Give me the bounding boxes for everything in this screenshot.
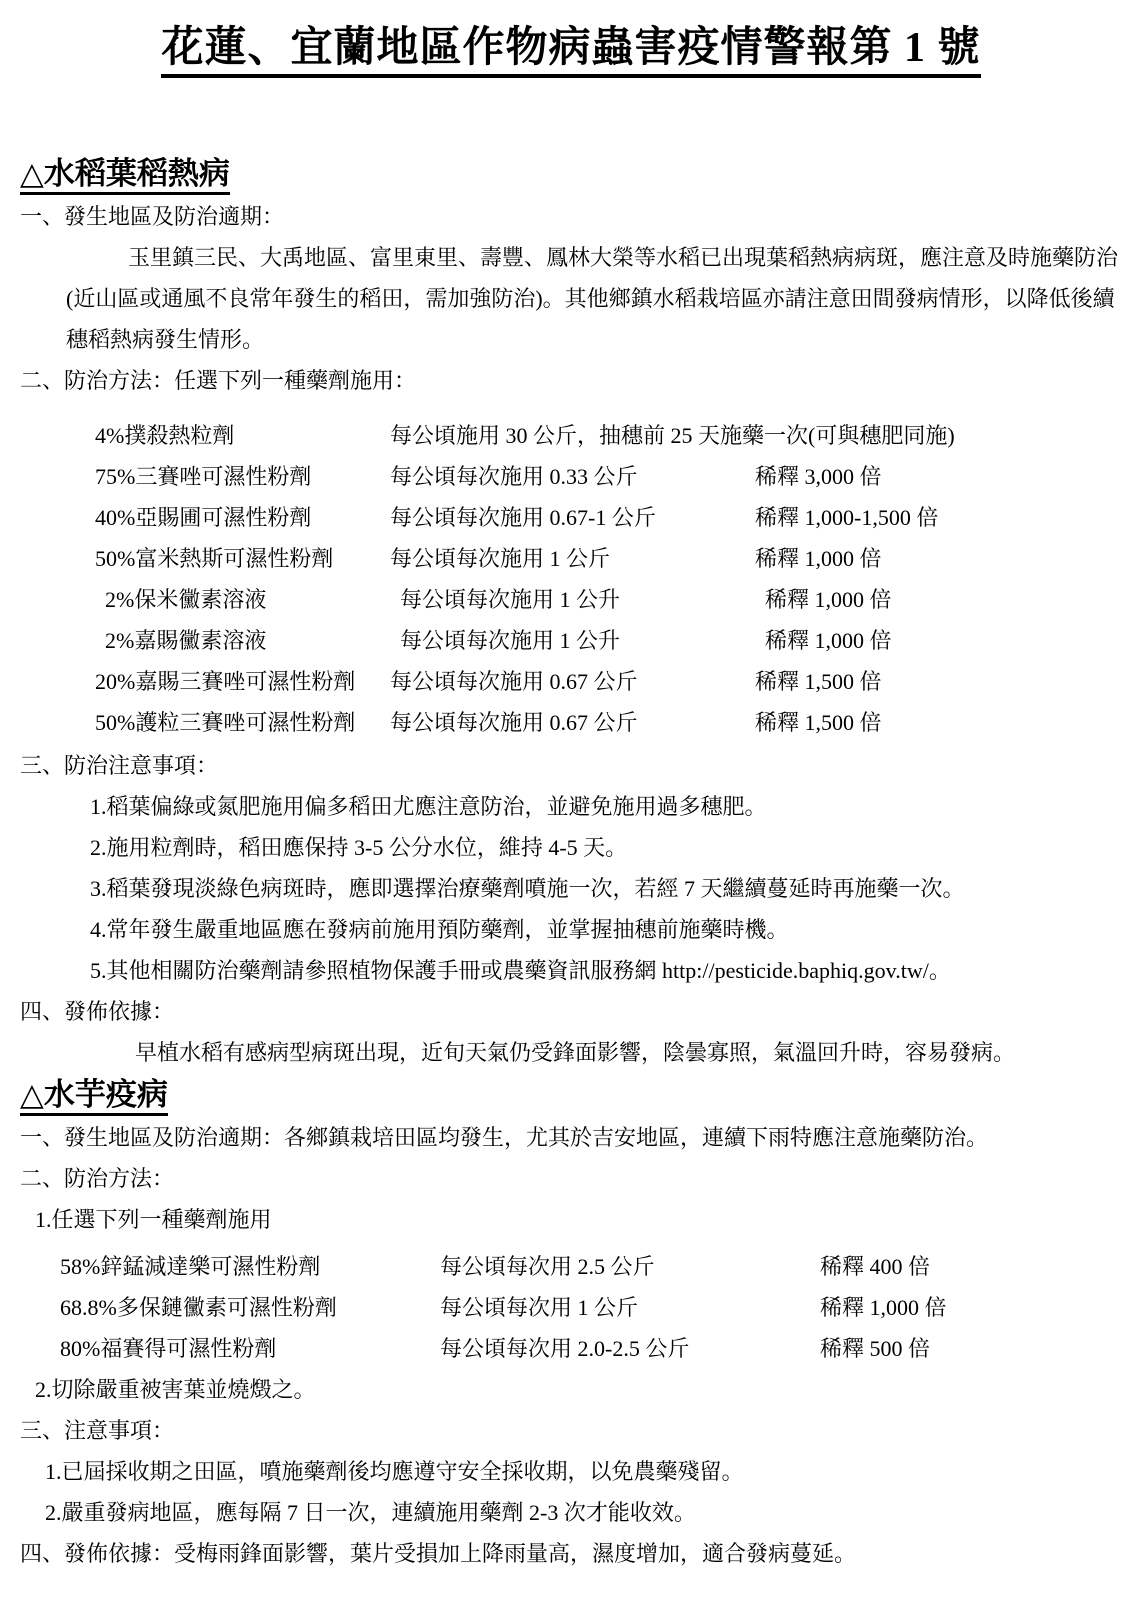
page-title: 花蓮、宜蘭地區作物病蟲害疫情警報第 1 號 [20, 16, 1122, 80]
pesticide-row: 50%富米熱斯可濕性粉劑 每公頃每次施用 1 公斤 稀釋 1,000 倍 [95, 538, 1122, 579]
pesticide-row: 40%亞賜圃可濕性粉劑 每公頃每次施用 0.67-1 公斤 稀釋 1,000-1… [95, 497, 1122, 538]
pesticide-row: 68.8%多保鏈黴素可濕性粉劑 每公頃每次用 1 公斤 稀釋 1,000 倍 [60, 1287, 1122, 1328]
s2-basis-line: 四、發佈依據：受梅雨鋒面影響，葉片受損加上降雨量高，濕度增加，適合發病蔓延。 [20, 1533, 1122, 1574]
s1-note-item: 3.稻葉發現淡綠色病斑時，應即選擇治療藥劑噴施一次，若經 7 天繼續蔓延時再施藥… [20, 868, 1122, 909]
s2-area-line: 一、發生地區及防治適期：各鄉鎮栽培田區均發生，尤其於吉安地區，連續下雨特應注意施… [20, 1117, 1122, 1158]
s1-note-item: 4.常年發生嚴重地區應在發病前施用預防藥劑，並掌握抽穗前施藥時機。 [20, 909, 1122, 950]
s1-pesticide-table: 4%撲殺熱粒劑 每公頃施用 30 公斤，抽穗前 25 天施藥一次(可與穗肥同施)… [20, 415, 1122, 743]
s2-method-step1: 1.任選下列一種藥劑施用 [20, 1199, 1122, 1240]
s2-note-item: 2.嚴重發病地區，應每隔 7 日一次，連續施用藥劑 2-3 次才能收效。 [20, 1492, 1122, 1533]
pesticide-dose: 每公頃每次施用 1 公升 [400, 579, 765, 620]
s2-notes-label: 三、注意事項： [20, 1410, 1122, 1451]
pesticide-dose: 每公頃每次施用 1 公斤 [390, 538, 755, 579]
pesticide-dilution: 稀釋 1,500 倍 [755, 661, 1122, 702]
s1-method-label: 二、防治方法：任選下列一種藥劑施用： [20, 360, 1122, 401]
pesticide-name: 40%亞賜圃可濕性粉劑 [95, 497, 390, 538]
pesticide-row: 75%三賽唑可濕性粉劑 每公頃每次施用 0.33 公斤 稀釋 3,000 倍 [95, 456, 1122, 497]
pesticide-dilution: 稀釋 3,000 倍 [755, 456, 1122, 497]
pesticide-name: 50%護粒三賽唑可濕性粉劑 [95, 702, 390, 743]
pesticide-name: 50%富米熱斯可濕性粉劑 [95, 538, 390, 579]
pesticide-name: 2%嘉賜黴素溶液 [105, 620, 400, 661]
page-title-text: 花蓮、宜蘭地區作物病蟲害疫情警報第 1 號 [161, 25, 980, 78]
pesticide-name: 58%鋅錳減達樂可濕性粉劑 [60, 1246, 440, 1287]
pesticide-dilution: 稀釋 500 倍 [820, 1328, 1122, 1369]
section1-heading: △水稻葉稻熱病 [20, 152, 1122, 196]
s1-note-item: 1.稻葉偏綠或氮肥施用偏多稻田尤應注意防治，並避免施用過多穗肥。 [20, 786, 1122, 827]
section2-heading: △水芋疫病 [20, 1073, 1122, 1117]
pesticide-name: 20%嘉賜三賽唑可濕性粉劑 [95, 661, 390, 702]
pesticide-dose: 每公頃施用 30 公斤，抽穗前 25 天施藥一次(可與穗肥同施) [390, 415, 1122, 456]
s2-method-step2: 2.切除嚴重被害葉並燒燬之。 [20, 1369, 1122, 1410]
s1-notes-label: 三、防治注意事項： [20, 745, 1122, 786]
s1-basis-paragraph: 早植水稻有感病型病斑出現，近旬天氣仍受鋒面影響，陰曇寡照，氣溫回升時，容易發病。 [20, 1032, 1122, 1073]
pesticide-name: 68.8%多保鏈黴素可濕性粉劑 [60, 1287, 440, 1328]
pesticide-row: 2%嘉賜黴素溶液 每公頃每次施用 1 公升 稀釋 1,000 倍 [95, 620, 1122, 661]
pesticide-name: 75%三賽唑可濕性粉劑 [95, 456, 390, 497]
pesticide-row: 20%嘉賜三賽唑可濕性粉劑 每公頃每次施用 0.67 公斤 稀釋 1,500 倍 [95, 661, 1122, 702]
pesticide-dose: 每公頃每次用 2.5 公斤 [440, 1246, 820, 1287]
pesticide-dose: 每公頃每次施用 0.67 公斤 [390, 661, 755, 702]
pesticide-dilution: 稀釋 1,000 倍 [820, 1287, 1122, 1328]
s1-area-label: 一、發生地區及防治適期： [20, 196, 1122, 237]
section-water-taro-blight: △水芋疫病 一、發生地區及防治適期：各鄉鎮栽培田區均發生，尤其於吉安地區，連續下… [20, 1073, 1122, 1574]
pesticide-row: 50%護粒三賽唑可濕性粉劑 每公頃每次施用 0.67 公斤 稀釋 1,500 倍 [95, 702, 1122, 743]
s1-area-paragraph: 玉里鎮三民、大禹地區、富里東里、壽豐、鳳林大榮等水稻已出現葉稻熱病病斑，應注意及… [20, 237, 1122, 360]
s2-note-item: 1.已屆採收期之田區，噴施藥劑後均應遵守安全採收期，以免農藥殘留。 [20, 1451, 1122, 1492]
pesticide-name: 4%撲殺熱粒劑 [95, 415, 390, 456]
document-page: 花蓮、宜蘭地區作物病蟲害疫情警報第 1 號 △水稻葉稻熱病 一、發生地區及防治適… [0, 0, 1144, 1600]
pesticide-dilution: 稀釋 1,000 倍 [755, 538, 1122, 579]
pesticide-name: 2%保米黴素溶液 [105, 579, 400, 620]
pesticide-name: 80%福賽得可濕性粉劑 [60, 1328, 440, 1369]
pesticide-dose: 每公頃每次施用 1 公升 [400, 620, 765, 661]
pesticide-row: 58%鋅錳減達樂可濕性粉劑 每公頃每次用 2.5 公斤 稀釋 400 倍 [60, 1246, 1122, 1287]
s2-pesticide-table: 58%鋅錳減達樂可濕性粉劑 每公頃每次用 2.5 公斤 稀釋 400 倍 68.… [20, 1246, 1122, 1369]
s2-method-label: 二、防治方法： [20, 1158, 1122, 1199]
section-rice-leaf-blast: △水稻葉稻熱病 一、發生地區及防治適期： 玉里鎮三民、大禹地區、富里東里、壽豐、… [20, 152, 1122, 1073]
s1-note-item: 2.施用粒劑時，稻田應保持 3-5 公分水位，維持 4-5 天。 [20, 827, 1122, 868]
pesticide-dilution: 稀釋 1,500 倍 [755, 702, 1122, 743]
s1-note-item: 5.其他相關防治藥劑請參照植物保護手冊或農藥資訊服務網 http://pesti… [20, 950, 1122, 991]
pesticide-row: 80%福賽得可濕性粉劑 每公頃每次用 2.0-2.5 公斤 稀釋 500 倍 [60, 1328, 1122, 1369]
pesticide-dilution: 稀釋 1,000 倍 [765, 620, 1122, 661]
pesticide-dilution: 稀釋 400 倍 [820, 1246, 1122, 1287]
pesticide-dose: 每公頃每次施用 0.67-1 公斤 [390, 497, 755, 538]
s1-basis-label: 四、發佈依據： [20, 991, 1122, 1032]
pesticide-dilution: 稀釋 1,000-1,500 倍 [755, 497, 1122, 538]
pesticide-dose: 每公頃每次用 2.0-2.5 公斤 [440, 1328, 820, 1369]
pesticide-dilution: 稀釋 1,000 倍 [765, 579, 1122, 620]
pesticide-dose: 每公頃每次施用 0.67 公斤 [390, 702, 755, 743]
pesticide-dose: 每公頃每次施用 0.33 公斤 [390, 456, 755, 497]
pesticide-row: 4%撲殺熱粒劑 每公頃施用 30 公斤，抽穗前 25 天施藥一次(可與穗肥同施) [95, 415, 1122, 456]
pesticide-row: 2%保米黴素溶液 每公頃每次施用 1 公升 稀釋 1,000 倍 [95, 579, 1122, 620]
pesticide-dose: 每公頃每次用 1 公斤 [440, 1287, 820, 1328]
section1-heading-text: △水稻葉稻熱病 [20, 156, 230, 195]
section2-heading-text: △水芋疫病 [20, 1077, 168, 1116]
